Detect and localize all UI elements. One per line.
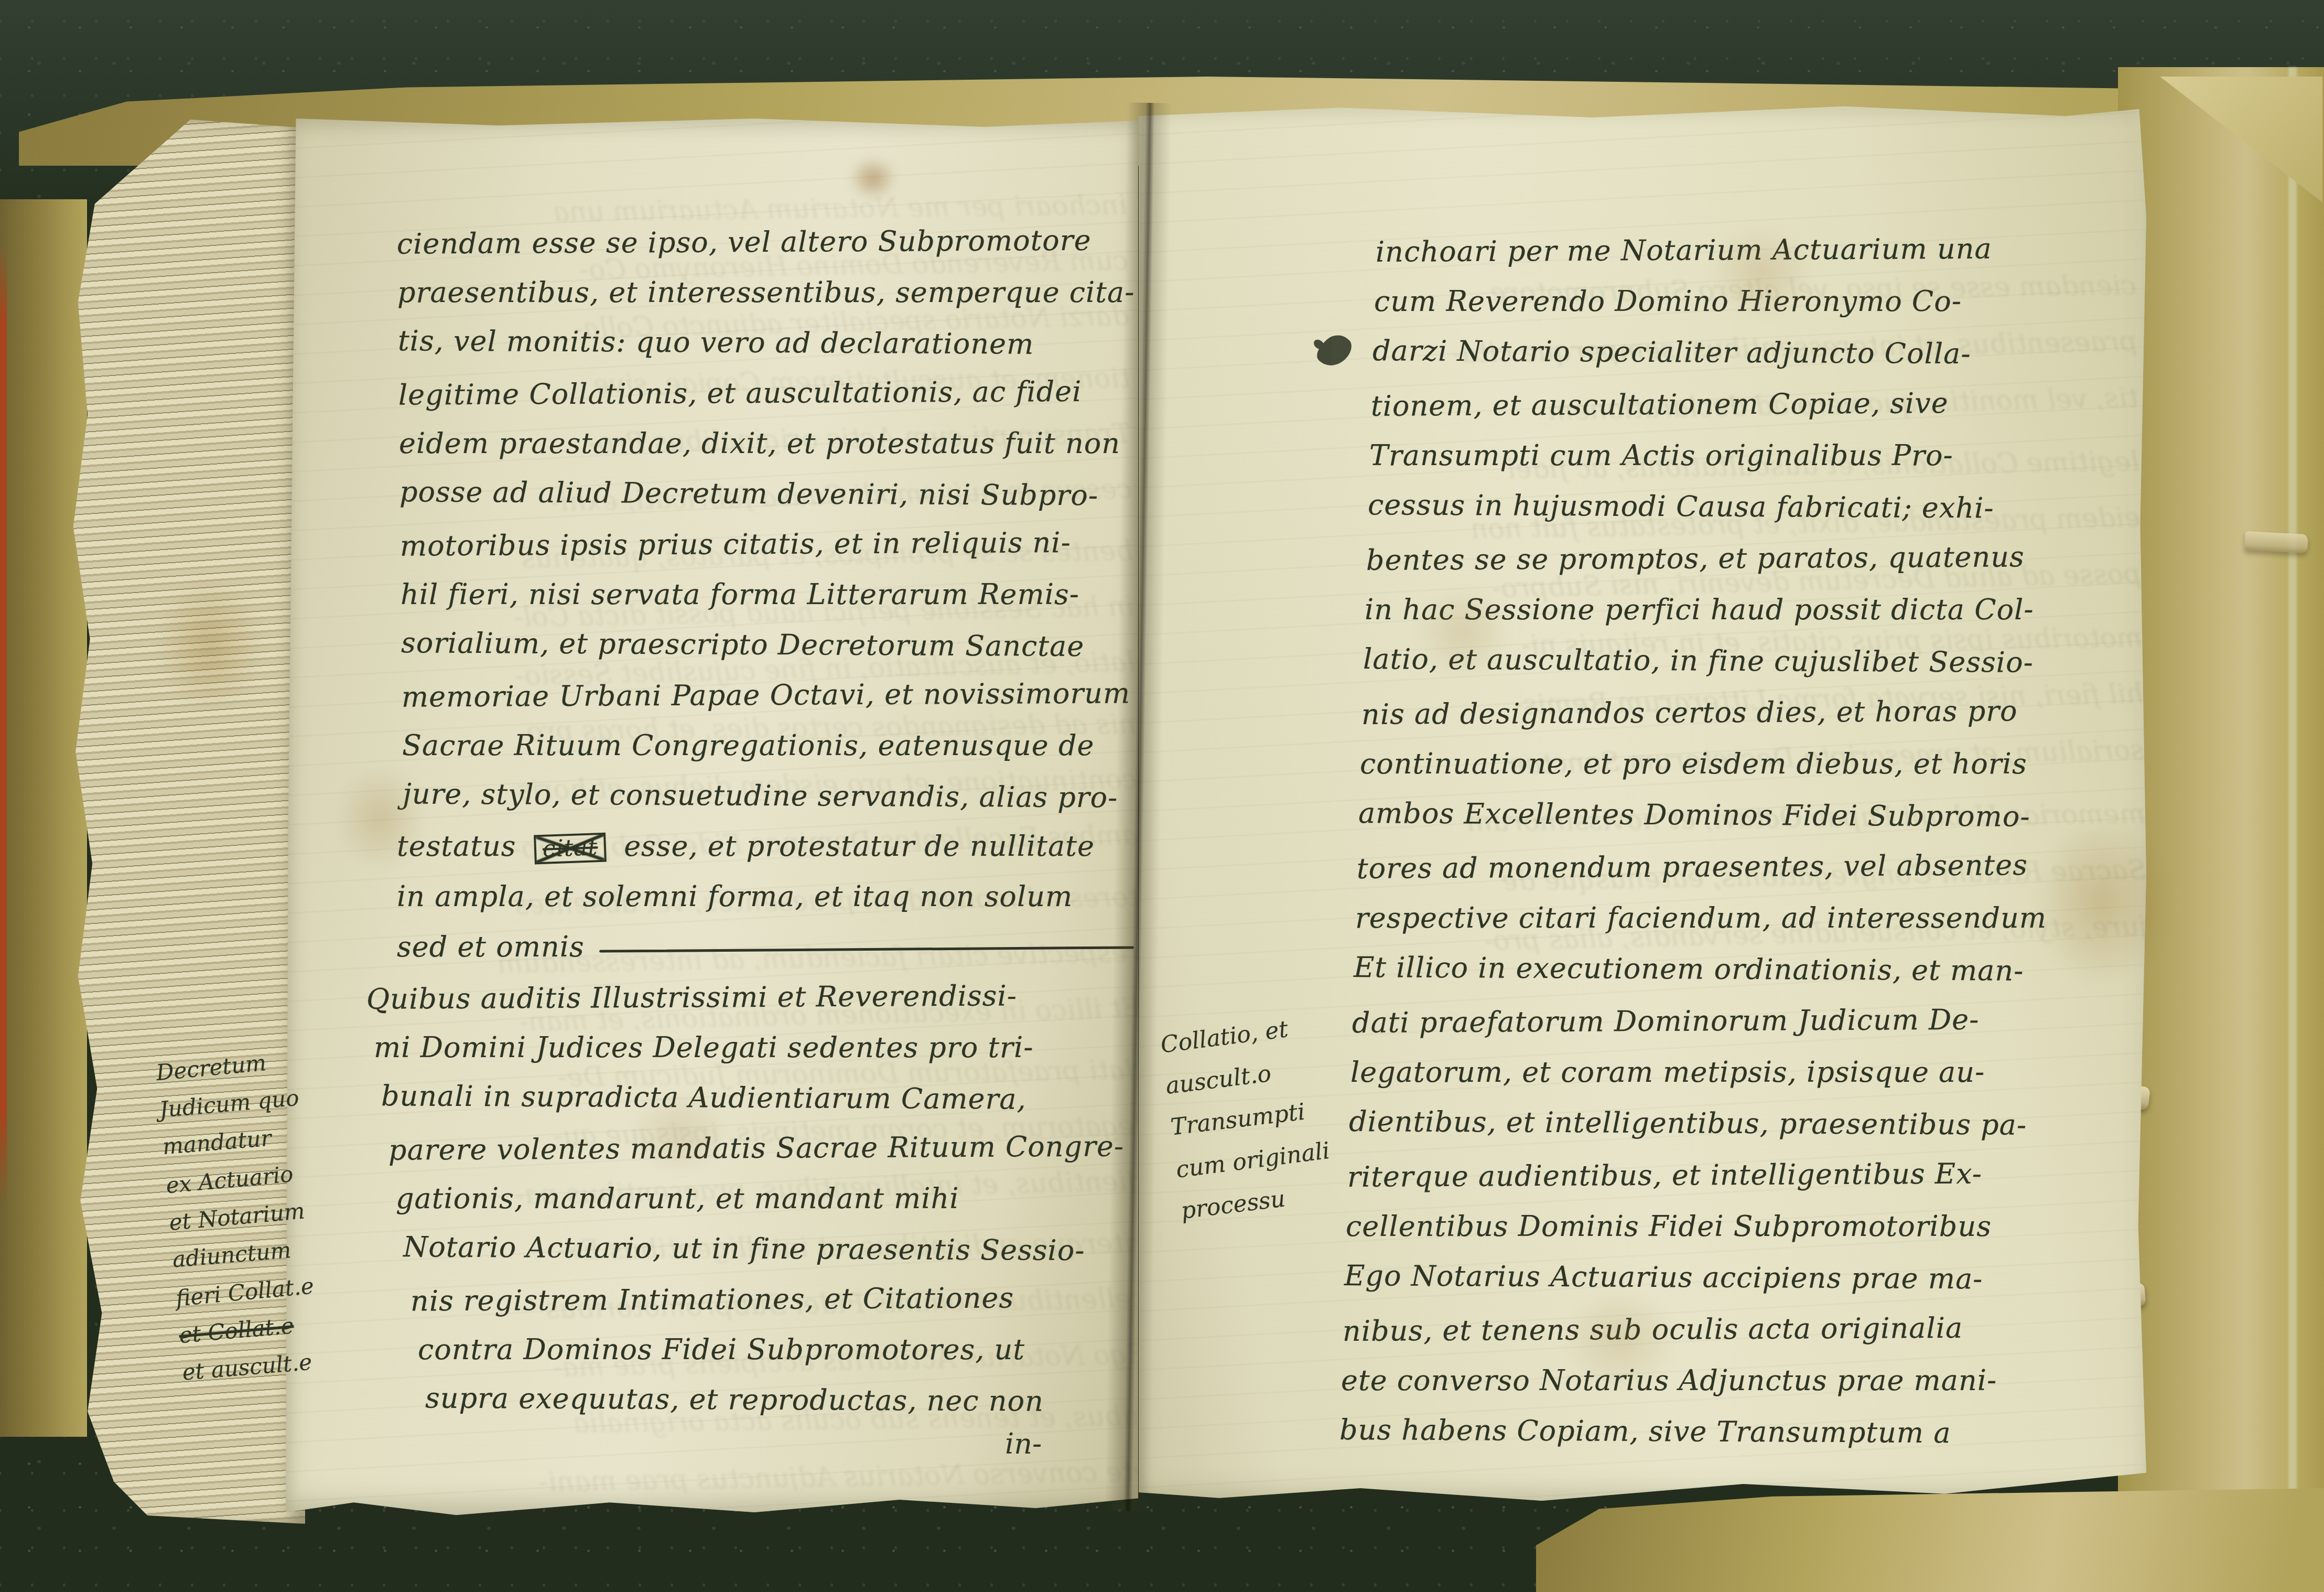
right-page-paragraph: inchoari per me Notarium Actuarium unacu… xyxy=(1376,224,2141,1458)
manuscript-line: contra Dominos Fidei Subpromotores, ut xyxy=(418,1325,1131,1375)
paragraph-two: Quibus auditis Illustrissimi et Reverend… xyxy=(397,972,1131,1425)
manuscript-line: gationis, mandarunt, et mandant mihi xyxy=(396,1174,1131,1224)
manuscript-line: in hac Sessione perfici haud possit dict… xyxy=(1365,584,2141,636)
manuscript-line: nibus, et tenens sub oculis acta origina… xyxy=(1343,1301,2141,1357)
manuscript-line: cellentibus Dominis Fidei Subpromotoribu… xyxy=(1346,1201,2141,1252)
manuscript-line: ete converso Notarius Adjunctus prae man… xyxy=(1341,1355,2141,1406)
manuscript-line-with-cancellation: testatus citat esse, et protestatur de n… xyxy=(397,821,1131,872)
cancelled-word-box: citat xyxy=(534,833,607,865)
ghost-line: bus habens Copiam, sive Transumptum a xyxy=(297,1498,1149,1500)
manuscript-line: Ego Notarius Actuarius accipiens prae ma… xyxy=(1344,1250,2141,1306)
paragraph-one: ciendam esse se ipso, vel altero Subprom… xyxy=(397,217,1131,821)
red-book-edge xyxy=(0,246,7,1206)
manuscript-line: Et illico in executionem ordinationis, e… xyxy=(1354,942,2141,997)
manuscript-line: Quibus auditis Illustrissimi et Reverend… xyxy=(366,970,1131,1025)
manuscript-line: legatorum, et coram metipsis, ipsisque a… xyxy=(1350,1047,2141,1098)
cancel-line-after: esse, et protestatur de nullitate xyxy=(624,830,1095,863)
manuscript-line-with-rule: sed et omnis xyxy=(397,922,1131,972)
manuscript-line: motoribus ipsis prius citatis, et in rel… xyxy=(400,517,1131,571)
manuscript-line: respective citari faciendum, ad interess… xyxy=(1355,892,2141,944)
manuscript-line: latio, et auscultatio, in fine cujuslibe… xyxy=(1363,633,2141,689)
manuscript-line: cessus in hujusmodi Causa fabricati; exh… xyxy=(1368,479,2141,535)
manuscript-line: cum Reverendo Domino Hieronymo Co- xyxy=(1374,276,2141,327)
manuscript-line: nis ad designandos certos dies, et horas… xyxy=(1361,685,2141,740)
manuscript-line: nis registrem Intimationes, et Citatione… xyxy=(410,1272,1131,1326)
binding-tie xyxy=(2244,531,2308,553)
margin-note-right: Collatio, etauscult.oTransumpticum origi… xyxy=(1158,997,1402,1232)
manuscript-line: eidem praestandae, dixit, et protestatus… xyxy=(399,418,1131,469)
margin-note-left: DecretumJudicum quomandaturex Actuarioet… xyxy=(155,1032,425,1392)
manuscript-line: darzi Notario specialiter adjuncto Colla… xyxy=(1372,325,2141,381)
manuscript-line: sorialium, et praescripto Decretorum San… xyxy=(401,618,1131,672)
manuscript-line: tionem, et auscultationem Copiae, sive xyxy=(1371,377,2141,432)
manuscript-line: hil fieri, nisi servata forma Litterarum… xyxy=(401,569,1131,620)
manuscript-line: posse ad aliud Decretum deveniri, nisi S… xyxy=(399,467,1131,521)
vellum-cover-right xyxy=(2118,67,2324,1592)
cancel-line-before: testatus xyxy=(397,830,516,863)
manuscript-line: mi Domini Judices Delegati sedentes pro … xyxy=(374,1023,1131,1073)
manuscript-line: bentes se se promptos, et paratos, quate… xyxy=(1366,531,2141,586)
manuscript-line: ciendam esse se ipso, vel altero Subprom… xyxy=(397,215,1131,269)
manuscript-line: parere volentes mandatis Sacrae Rituum C… xyxy=(388,1121,1131,1175)
vellum-sheen-highlight xyxy=(2288,67,2297,1592)
manuscript-line: bunali in supradicta Audientiarum Camera… xyxy=(381,1071,1131,1125)
manuscript-line: tores ad monendum praesentes, vel absent… xyxy=(1357,839,2141,895)
ink-blot-mark xyxy=(1313,329,1356,373)
manuscript-line: praesentibus, et interessentibus, semper… xyxy=(397,267,1131,318)
manuscript-line: legitime Collationis, et auscultationis,… xyxy=(398,366,1131,420)
manuscript-line: Sacrae Rituum Congregationis, eatenusque… xyxy=(402,720,1131,771)
manuscript-line: inchoari per me Notarium Actuarium una xyxy=(1376,222,2141,278)
closing-rule-line xyxy=(599,946,1134,952)
manuscript-line: continuatione, et pro eisdem diebus, et … xyxy=(1360,738,2141,790)
manuscript-line: dientibus, et intelligentibus, praesenti… xyxy=(1349,1096,2141,1152)
manuscript-line: dati praefatorum Dominorum Judicum De- xyxy=(1352,993,2141,1049)
manuscript-scan-scene: inchoari per me Notarium Actuarium unacu… xyxy=(0,0,2324,1592)
right-page: ciendam esse se ipso, vel altero Subprom… xyxy=(1139,105,2146,1505)
manuscript-line: Transumpti cum Actis originalibus Pro- xyxy=(1369,430,2141,481)
right-page-text-block: inchoari per me Notarium Actuarium unacu… xyxy=(1376,224,2141,1458)
left-page-text-block: ciendam esse se ipso, vel altero Subprom… xyxy=(397,217,1131,1425)
manuscript-line: memoriae Urbani Papae Octavi, et novissi… xyxy=(402,668,1131,722)
manuscript-line: ambos Excellentes Dominos Fidei Subpromo… xyxy=(1358,788,2141,843)
manuscript-line: tis, vel monitis: quo vero ad declaratio… xyxy=(398,316,1131,370)
manuscript-line: supra exequutas, et reproductas, nec non xyxy=(425,1373,1131,1427)
catchword: in- xyxy=(1005,1427,1042,1460)
manuscript-line: riterque audientibus, et intelligentibus… xyxy=(1347,1147,2141,1203)
manuscript-line: Notario Actuario, ut in fine praesentis … xyxy=(403,1222,1131,1276)
manuscript-line: in ampla, et solemni forma, et itaq non … xyxy=(397,872,1131,922)
manuscript-line: bus habens Copiam, sive Transumptum a xyxy=(1339,1404,2141,1460)
manuscript-line: jure, stylo, et consuetudine servandis, … xyxy=(403,769,1131,823)
vellum-cover-left-edge xyxy=(0,199,87,1437)
line-fifteen-text: sed et omnis xyxy=(397,930,585,963)
